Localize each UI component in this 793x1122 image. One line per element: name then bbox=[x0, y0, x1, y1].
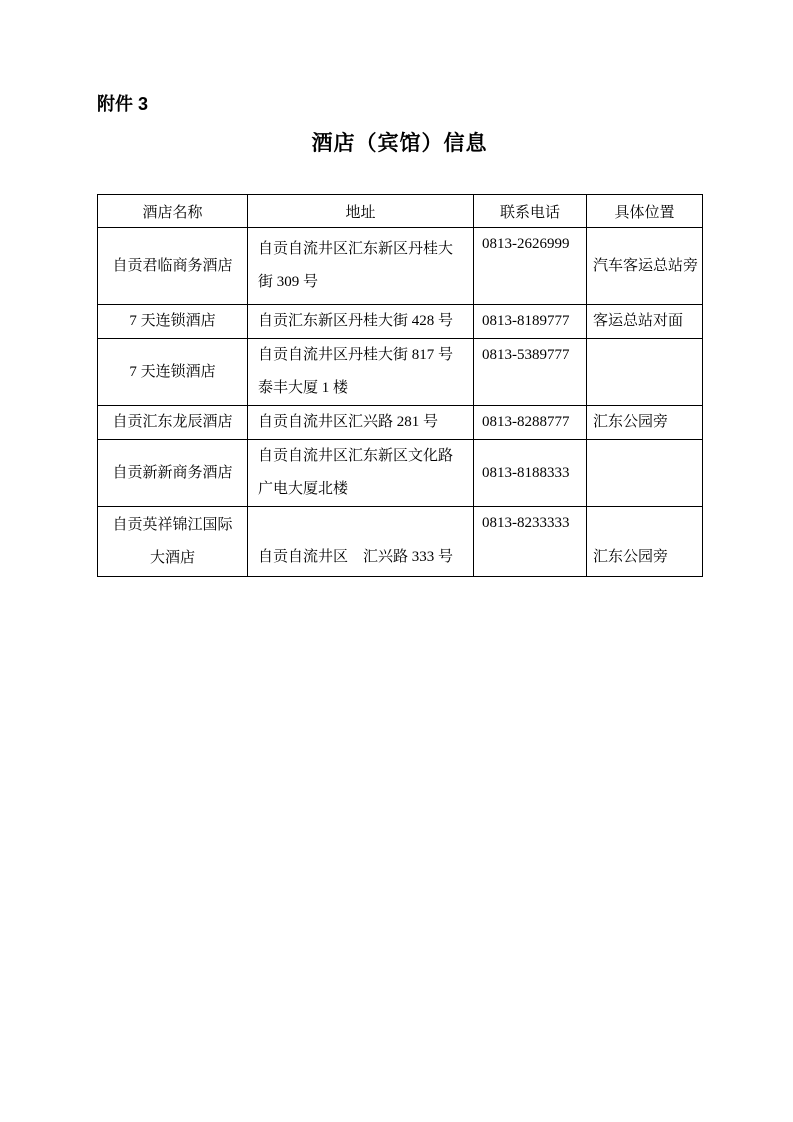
hotel-name-cell: 自贡君临商务酒店 bbox=[98, 228, 248, 305]
document-page: 附件 3 酒店（宾馆）信息 酒店名称 地址 联系电话 具体位置 自贡君临商务酒店… bbox=[0, 0, 793, 1122]
address-cell: 自贡自流井区 汇兴路 333 号 bbox=[248, 507, 474, 577]
header-phone: 联系电话 bbox=[474, 195, 587, 228]
table-row: 自贡汇东龙辰酒店 自贡自流井区汇兴路 281 号 0813-8288777 汇东… bbox=[98, 406, 703, 440]
phone-cell: 0813-5389777 bbox=[474, 339, 587, 406]
hotel-info-table: 酒店名称 地址 联系电话 具体位置 自贡君临商务酒店 自贡自流井区汇东新区丹桂大… bbox=[97, 194, 703, 577]
address-cell: 自贡自流井区汇兴路 281 号 bbox=[248, 406, 474, 440]
hotel-name-cell: 7 天连锁酒店 bbox=[98, 339, 248, 406]
address-cell: 自贡自流井区汇东新区文化路广电大厦北楼 bbox=[248, 440, 474, 507]
table-row: 自贡新新商务酒店 自贡自流井区汇东新区文化路广电大厦北楼 0813-818833… bbox=[98, 440, 703, 507]
hotel-name-cell: 自贡新新商务酒店 bbox=[98, 440, 248, 507]
phone-cell: 0813-8188333 bbox=[474, 440, 587, 507]
header-hotel-name: 酒店名称 bbox=[98, 195, 248, 228]
hotel-name-cell: 自贡英祥锦江国际大酒店 bbox=[98, 507, 248, 577]
hotel-name-cell: 自贡汇东龙辰酒店 bbox=[98, 406, 248, 440]
page-title: 酒店（宾馆）信息 bbox=[97, 131, 702, 157]
table-row: 7 天连锁酒店 自贡自流井区丹桂大街 817 号泰丰大厦 1 楼 0813-53… bbox=[98, 339, 703, 406]
hotel-name-cell: 7 天连锁酒店 bbox=[98, 305, 248, 339]
table-row: 7 天连锁酒店 自贡汇东新区丹桂大街 428 号 0813-8189777 客运… bbox=[98, 305, 703, 339]
address-cell: 自贡自流井区汇东新区丹桂大街 309 号 bbox=[248, 228, 474, 305]
location-cell: 汽车客运总站旁 bbox=[587, 228, 703, 305]
location-cell bbox=[587, 440, 703, 507]
address-cell: 自贡汇东新区丹桂大街 428 号 bbox=[248, 305, 474, 339]
location-cell: 客运总站对面 bbox=[587, 305, 703, 339]
location-cell: 汇东公园旁 bbox=[587, 406, 703, 440]
phone-cell: 0813-8233333 bbox=[474, 507, 587, 577]
table-row: 自贡英祥锦江国际大酒店 自贡自流井区 汇兴路 333 号 0813-823333… bbox=[98, 507, 703, 577]
table-header-row: 酒店名称 地址 联系电话 具体位置 bbox=[98, 195, 703, 228]
location-cell bbox=[587, 339, 703, 406]
table-row: 自贡君临商务酒店 自贡自流井区汇东新区丹桂大街 309 号 0813-26269… bbox=[98, 228, 703, 305]
header-address: 地址 bbox=[248, 195, 474, 228]
phone-cell: 0813-8189777 bbox=[474, 305, 587, 339]
phone-cell: 0813-2626999 bbox=[474, 228, 587, 305]
attachment-label: 附件 3 bbox=[97, 93, 148, 115]
header-location: 具体位置 bbox=[587, 195, 703, 228]
phone-cell: 0813-8288777 bbox=[474, 406, 587, 440]
address-cell: 自贡自流井区丹桂大街 817 号泰丰大厦 1 楼 bbox=[248, 339, 474, 406]
location-cell: 汇东公园旁 bbox=[587, 507, 703, 577]
